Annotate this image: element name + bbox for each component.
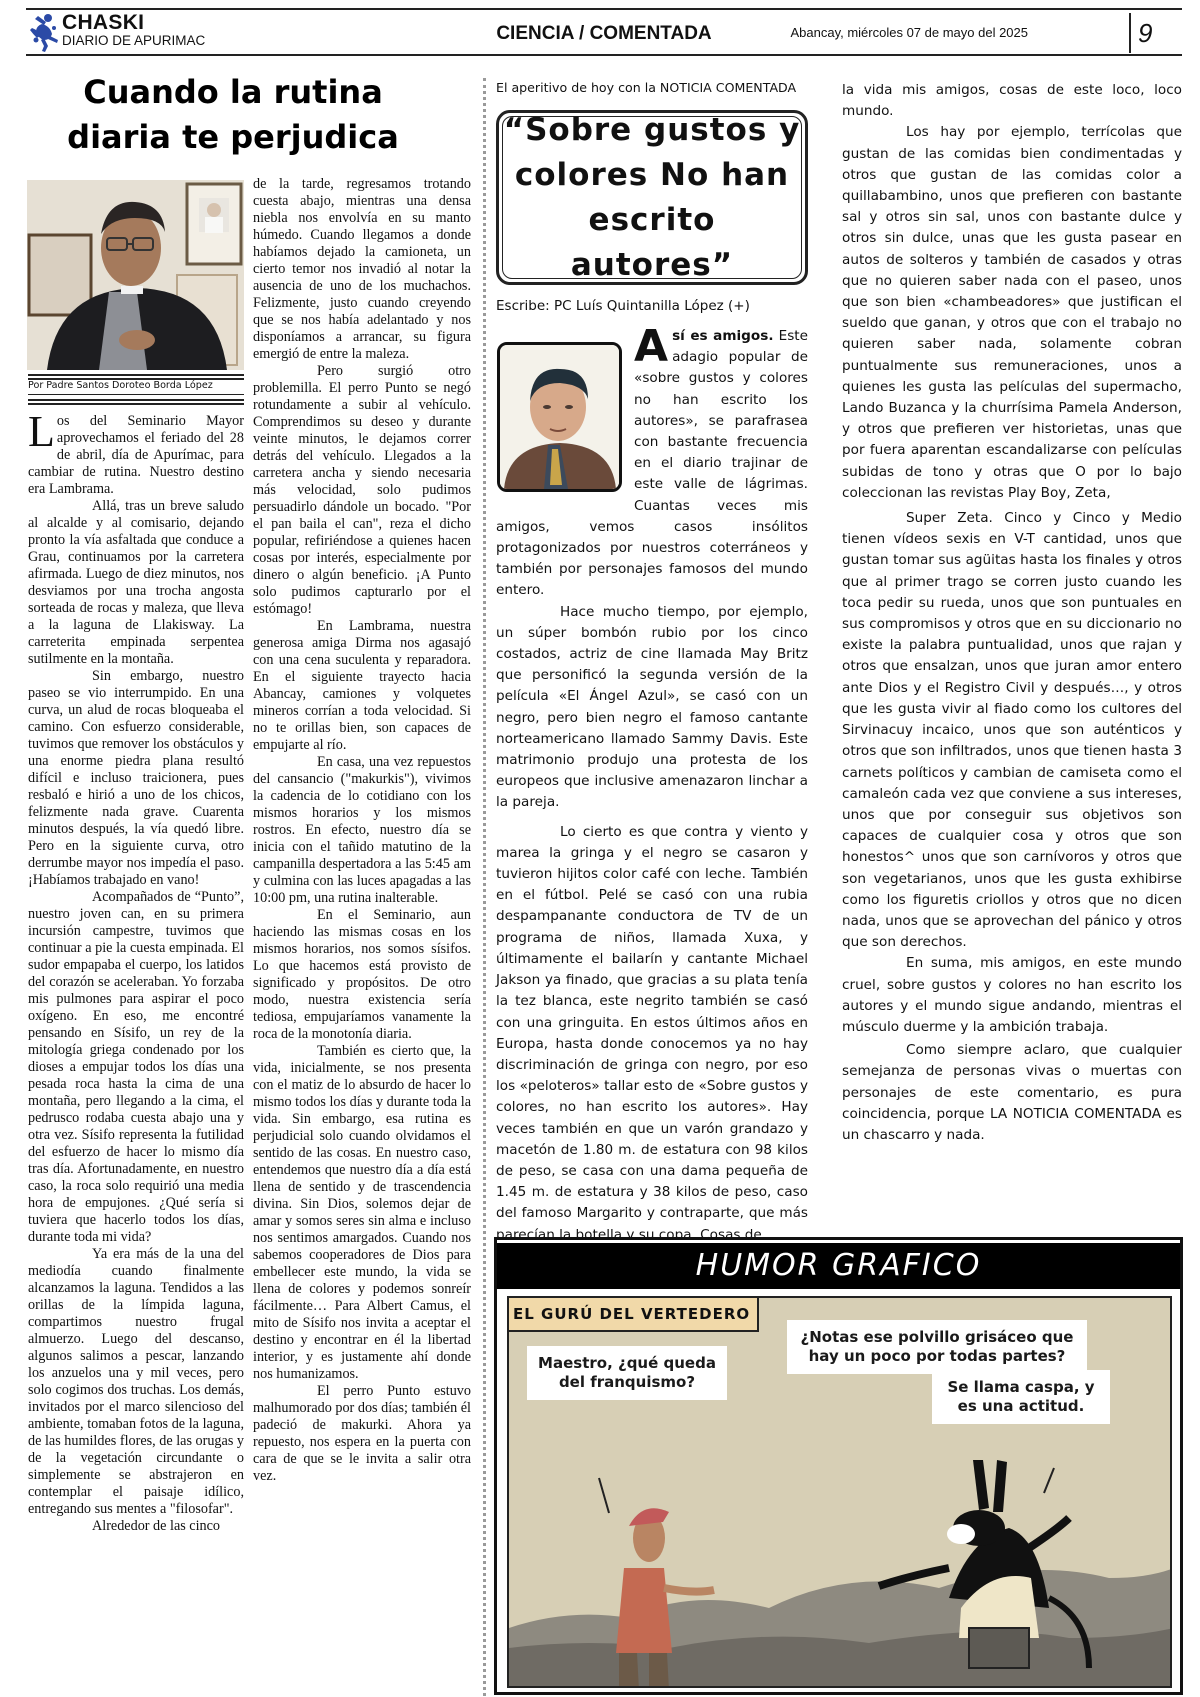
author-photo-priest: [27, 180, 244, 370]
paragraph: Lo cierto es que contra y viento y marea…: [496, 822, 808, 1246]
left-article-column-2: de la tarde, regresamos trotando cuesta …: [253, 176, 471, 1676]
masthead: CHASKI DIARIO DE APURIMAC CIENCIA / COME…: [26, 8, 1182, 56]
paragraph: También es cierto que, la vida, inicialm…: [253, 1043, 471, 1383]
headline-line-3: escrito autores”: [571, 202, 733, 283]
comic-header: HUMOR GRAFICO: [497, 1243, 1180, 1289]
paragraph: Los del Seminario Mayor aprovechamos el …: [28, 413, 244, 498]
paragraph: Ya era más de la una del mediodía cuando…: [28, 1246, 244, 1518]
left-article-column-1: Los del Seminario Mayor aprovechamos el …: [28, 413, 244, 1695]
paragraph: Acompañados de “Punto”, nuestro joven ca…: [28, 889, 244, 1246]
paragraph: Sin embargo, nuestro paseo se vio interr…: [28, 668, 244, 889]
dropcap: L: [28, 415, 55, 449]
left-title-line-1: Cuando la rutina: [83, 73, 383, 111]
center-article-column-1: Así es amigos. Este adagio popular de «s…: [496, 326, 808, 1216]
paragraph: El perro Punto estuvo malhumorado por do…: [253, 1383, 471, 1485]
paragraph: Así es amigos. Este adagio popular de «s…: [496, 326, 808, 602]
paragraph: la vida mis amigos, cosas de este loco, …: [842, 80, 1182, 122]
page-number-divider: [1129, 13, 1131, 53]
paragraph: En casa, una vez repuestos del cansancio…: [253, 754, 471, 907]
headline-box: “Sobre gustos y colores No han escrito a…: [496, 110, 808, 285]
paragraph: Allá, tras un breve saludo al alcalde y …: [28, 498, 244, 668]
dateline: Abancay, miércoles 07 de mayo del 2025: [790, 25, 1028, 40]
left-title-line-2: diaria te perjudica: [67, 118, 399, 156]
paragraph: En el Seminario, aun haciendo las mismas…: [253, 907, 471, 1043]
column-divider: [483, 78, 486, 1696]
left-article-title: Cuando la rutina diaria te perjudica: [28, 70, 438, 160]
paragraph: Como siempre aclaro, que cualquier semej…: [842, 1040, 1182, 1146]
left-article-byline: Por Padre Santos Doroteo Borda López: [28, 380, 244, 395]
lead-bold: sí es amigos.: [672, 328, 773, 344]
center-article-headline: “Sobre gustos y colores No han escrito a…: [502, 116, 802, 279]
speech-bubble-boy: Maestro, ¿qué queda del franquismo?: [527, 1346, 727, 1400]
center-article-column-2: la vida mis amigos, cosas de este loco, …: [842, 80, 1182, 1220]
paragraph: Super Zeta. Cinco y Cinco y Medio tienen…: [842, 508, 1182, 953]
comic-panel: EL GURÚ DEL VERTEDERO Maestro, ¿qué qued…: [507, 1296, 1172, 1688]
paragraph: Pero surgió otro problemilla. El perro P…: [253, 363, 471, 618]
dropcap: A: [634, 328, 668, 366]
comic-panel-title: EL GURÚ DEL VERTEDERO: [507, 1296, 759, 1332]
section-kicker: El aperitivo de hoy con la NOTICIA COMEN…: [496, 80, 796, 95]
headline-line-2: colores No han: [515, 157, 789, 193]
page-number: 9: [1138, 18, 1152, 49]
speech-bubble-guru-answer: Se llama caspa, y es una actitud.: [932, 1370, 1110, 1424]
paragraph: En Lambrama, nuestra generosa amiga Dirm…: [253, 618, 471, 754]
humor-grafico-comic: HUMOR GRAFICO: [494, 1237, 1183, 1695]
paragraph: Los hay por ejemplo, terrícolas que gust…: [842, 122, 1182, 504]
paragraph: Alrededor de las cinco: [28, 1518, 244, 1535]
byline-top-rule: [28, 374, 244, 380]
paragraph: de la tarde, regresamos trotando cuesta …: [253, 176, 471, 363]
paragraph: En suma, mis amigos, en este mundo cruel…: [842, 953, 1182, 1038]
speech-bubble-guru-question: ¿Notas ese polvillo grisáceo que hay un …: [787, 1320, 1087, 1374]
paragraph: Hace mucho tiempo, por ejemplo, un súper…: [496, 602, 808, 814]
center-article-byline: Escribe: PC Luís Quintanilla López (+): [496, 298, 750, 314]
headline-line-1: “Sobre gustos y: [504, 112, 801, 148]
photo-spacer: [496, 326, 634, 496]
byline-bottom-rule: [28, 399, 244, 405]
